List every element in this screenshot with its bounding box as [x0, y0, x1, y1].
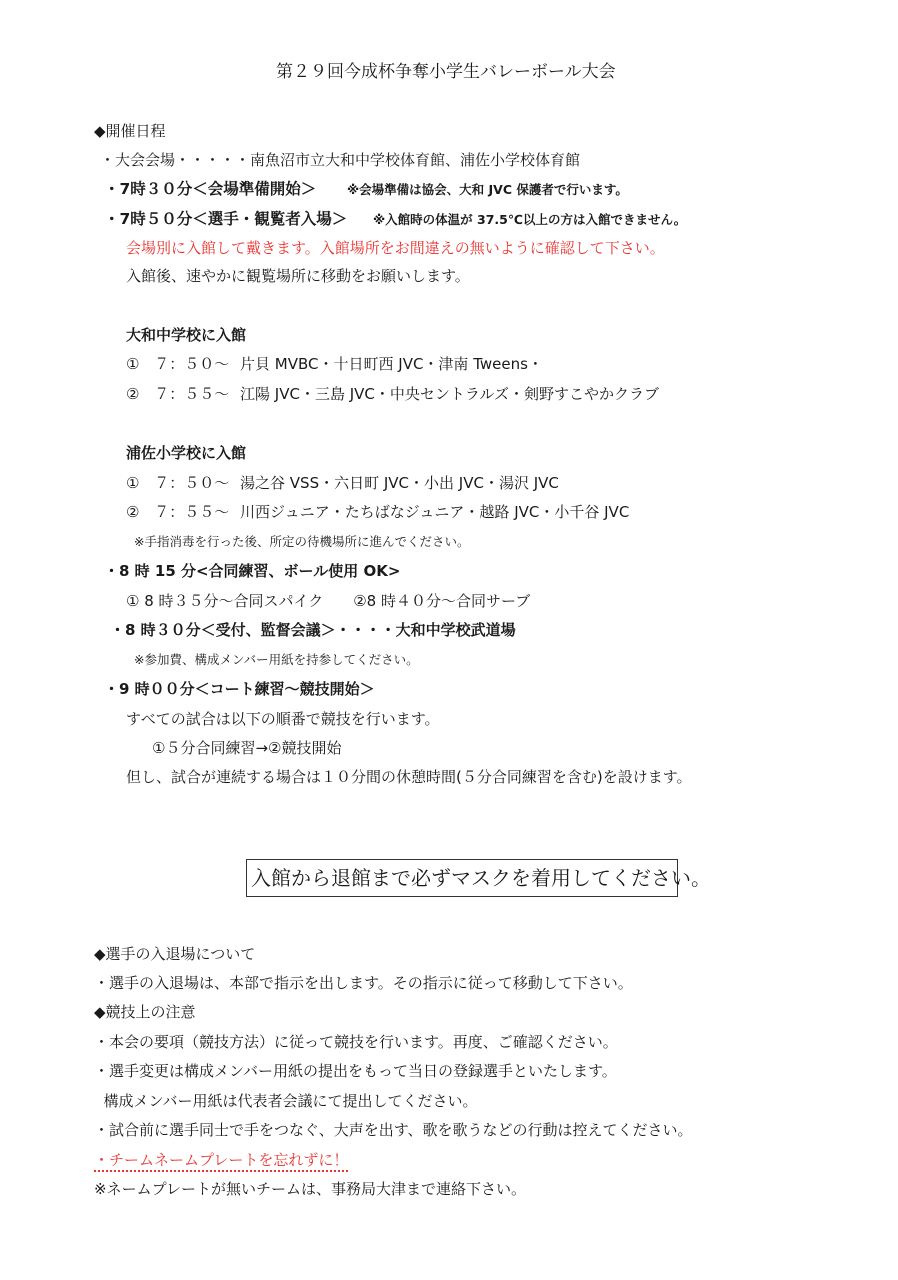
yamato-heading: 大和中学校に入館	[126, 325, 246, 345]
row-teams: 江陽 JVC・三島 JVC・中央セントラルズ・剣野すこやかクラブ	[240, 385, 659, 403]
urasa-row-1: ① ７：５０～ 湯之谷 VSS・六日町 JVC・小出 JVC・湯沢 JVC	[126, 473, 559, 493]
entry-note: ※入館時の体温が 37.5℃以上の方は入館できません。	[373, 210, 686, 230]
urasa-heading: 浦佐小学校に入館	[126, 443, 246, 463]
start-line-2: ①５分合同練習→②競技開始	[152, 738, 341, 758]
entry-time: ・7時５０分＜選手・観覧者入場＞	[104, 209, 347, 229]
yamato-row-2: ② ７：５５～ 江陽 JVC・三島 JVC・中央セントラルズ・剣野すこやかクラブ	[126, 384, 659, 404]
rules-line-2: ・選手変更は構成メンバー用紙の提出をもって当日の登録選手といたします。	[94, 1061, 617, 1081]
rules-heading: ◆競技上の注意	[94, 1002, 196, 1022]
urasa-row-2: ② ７：５５～ 川西ジュニア・たちばなジュニア・越路 JVC・小千谷 JVC	[126, 502, 629, 522]
row-number: ②	[126, 503, 139, 521]
row-time: ７：５０～	[154, 474, 229, 492]
start-time: ・9 時００分＜コート練習～競技開始＞	[104, 679, 375, 699]
page-title: 第２９回今成杯争奪小学生バレーボール大会	[276, 62, 616, 82]
nameplate-reminder: ・チームネームプレートを忘れずに！	[94, 1150, 348, 1170]
nameplate-reminder-text: ・チームネームプレートを忘れずに！	[94, 1151, 348, 1172]
row-time: ７：５０～	[154, 355, 229, 373]
players-line: ・選手の入退場は、本部で指示を出します。その指示に従って移動して下さい。	[94, 973, 633, 993]
venue-line: ・大会会場・・・・・南魚沼市立大和中学校体育館、浦佐小学校体育館	[100, 150, 580, 170]
row-teams: 湯之谷 VSS・六日町 JVC・小出 JVC・湯沢 JVC	[240, 474, 559, 492]
yamato-row-1: ① ７：５０～ 片貝 MVBC・十日町西 JVC・津南 Tweens・	[126, 354, 543, 374]
row-time: ７：５５～	[154, 503, 229, 521]
rules-line-3: 構成メンバー用紙は代表者会議にて提出してください。	[94, 1091, 478, 1111]
venue-red-notice: 会場別に入館して戴きます。入館場所をお間違えの無いように確認して下さい。	[126, 238, 665, 258]
schedule-heading: ◆開催日程	[94, 121, 166, 141]
row-teams: 川西ジュニア・たちばなジュニア・越路 JVC・小千谷 JVC	[240, 503, 629, 521]
row-number: ②	[126, 385, 139, 403]
row-number: ①	[126, 474, 139, 492]
urasa-note: ※手指消毒を行った後、所定の待機場所に進んでください。	[134, 532, 469, 552]
reception-note: ※参加費、構成メンバー用紙を持参してください。	[134, 650, 419, 670]
mask-notice-box: 入館から退館まで必ずマスクを着用してください。	[246, 859, 678, 897]
row-number: ①	[126, 355, 139, 373]
rules-line-4: ・試合前に選手同士で手をつなぐ、大声を出す、歌を歌うなどの行動は控えてください。	[94, 1120, 693, 1140]
start-line-3: 但し、試合が連続する場合は１０分間の休憩時間(５分合同練習を含む)を設けます。	[126, 767, 692, 787]
players-heading: ◆選手の入退場について	[94, 944, 255, 964]
practice-detail: ① 8 時３５分～合同スパイク ②8 時４０分～合同サーブ	[126, 591, 530, 611]
rules-line-1: ・本会の要項（競技方法）に従って競技を行います。再度、ご確認ください。	[94, 1032, 618, 1052]
practice-time: ・8 時 15 分<合同練習、ボール使用 OK>	[104, 561, 400, 581]
start-line-1: すべての試合は以下の順番で競技を行います。	[126, 709, 440, 729]
reception-time: ・8 時３０分＜受付、監督会議＞・・・・大和中学校武道場	[110, 620, 516, 640]
row-teams: 片貝 MVBC・十日町西 JVC・津南 Tweens・	[240, 355, 543, 373]
move-notice: 入館後、速やかに観覧場所に移動をお願いします。	[126, 266, 470, 286]
row-time: ７：５５～	[154, 385, 229, 403]
prep-note: ※会場準備は協会、大和 JVC 保護者で行います。	[347, 180, 628, 200]
nameplate-contact: ※ネームプレートが無いチームは、事務局大津まで連絡下さい。	[94, 1179, 526, 1199]
prep-time: ・7時３０分＜会場準備開始＞	[104, 179, 316, 199]
